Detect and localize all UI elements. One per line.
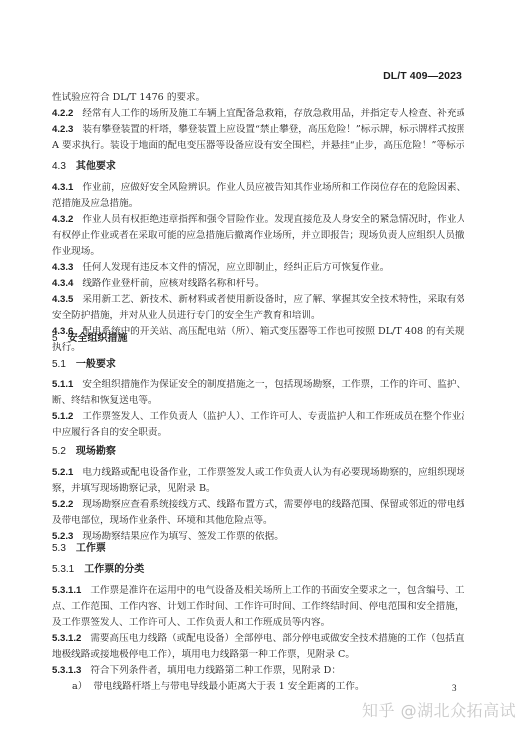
- line-text: 现场勘察应查看系统接线方式、线路布置方式，需要停电的线路范围、保留或邻近的带电线…: [82, 499, 464, 510]
- clause-number: 5.2.3: [52, 531, 73, 542]
- clause-number: 4.3.3: [52, 262, 73, 273]
- line-text: 中应履行各自的安全职责。: [52, 427, 167, 438]
- heading-text: 其他要求: [76, 161, 116, 172]
- heading-text: 安全组织措施: [68, 333, 128, 344]
- line-text: 察，并填写现场勘察记录，见附录 B。: [52, 483, 216, 494]
- clause-number: 5.3.1.1: [52, 585, 81, 596]
- clause-line: 5.2.3现场勘察结果应作为填写、签发工作票的依据。: [52, 531, 464, 543]
- text-line: 安全防护措施，并对从业人员进行专门的安全生产教育和培训。: [52, 310, 464, 322]
- text-line: 断、终结和恢复送电等。: [52, 395, 464, 407]
- line-text: 作业前，应做好安全风险辨识。作业人员应被告知其作业场所和工作岗位存在的危险因素、…: [82, 182, 464, 193]
- heading-number: 5.3.1: [52, 564, 74, 575]
- clause-line: 4.3.4线路作业登杆前，应核对线路名称和杆号。: [52, 278, 464, 290]
- line-text: 作业现场。: [52, 246, 100, 257]
- line-text: 地极线路或接地极停电工作），填用电力线路第一种工作票，见附录 C。: [52, 649, 355, 660]
- line-text: 及工作票签发人、工作许可人、工作负责人和工作班成员等内容。: [52, 617, 330, 628]
- text-line: 中应履行各自的安全职责。: [52, 427, 464, 439]
- heading-text: 现场勘察: [76, 446, 116, 457]
- line-text: 需要高压电力线路（或配电设备）全部停电、部分停电或做安全技术措施的工作（包括直流…: [90, 633, 464, 644]
- line-text: 符合下列条件者，填用电力线路第二种工作票，见附录 D：: [90, 665, 341, 676]
- clause-number: 4.2.3: [52, 124, 73, 135]
- document-page: DL/T 409—2023 性试验应符合 DL/T 1476 的要求。4.2.2…: [0, 0, 517, 732]
- clause-number: 4.2.2: [52, 108, 73, 119]
- line-text: A 要求执行。装设于地面的配电变压器等设备应设有安全围栏，并悬挂“止步，高压危险…: [52, 140, 464, 151]
- clause-number: 4.3.2: [52, 214, 73, 225]
- heading-text: 一般要求: [76, 359, 116, 370]
- line-text: 安全防护措施，并对从业人员进行专门的安全生产教育和培训。: [52, 310, 321, 321]
- page-number: 3: [452, 683, 457, 693]
- clause-line: 5.2.2现场勘察应查看系统接线方式、线路布置方式，需要停电的线路范围、保留或邻…: [52, 499, 464, 511]
- section-heading: 5.2现场勘察: [52, 446, 116, 458]
- text-line: 及工作票签发人、工作许可人、工作负责人和工作班成员等内容。: [52, 617, 464, 629]
- line-text: 采用新工艺、新技术、新材料或者使用新设备时，应了解、掌握其安全技术特性，采取有效…: [82, 294, 464, 305]
- clause-line: 4.3.3任何人发现有违反本文件的情况，应立即制止，经纠正后方可恢复作业。: [52, 262, 464, 274]
- text-line: 有权停止作业或者在采取可能的应急措施后撤离作业场所，并立即报告；现场负责人应组织…: [52, 230, 464, 242]
- text-line: 及带电部位，现场作业条件、环境和其他危险点等。: [52, 515, 464, 527]
- list-item-text: 带电线路杆塔上与带电导线最小距离大于表 1 安全距离的工作。: [93, 681, 364, 692]
- section-heading: 5.3.1工作票的分类: [52, 564, 144, 576]
- heading-number: 5.3: [52, 543, 66, 554]
- section-heading: 5安全组织措施: [52, 333, 128, 345]
- text-line: 作业现场。: [52, 246, 464, 258]
- clause-line: 4.2.3装有攀登装置的杆塔，攀登装置上应设置“禁止攀登，高压危险！”标示牌，标…: [52, 124, 464, 136]
- line-text: 配电系统中的开关站、高压配电站（所）、箱式变压器等工作也可按照 DL/T 408…: [82, 326, 464, 337]
- section-heading: 5.3工作票: [52, 543, 106, 555]
- watermark: 知乎 @湖北众拓高试: [362, 698, 516, 721]
- clause-line: 4.2.2经常有人工作的场所及施工车辆上宜配备急救箱，存放急救用品，并指定专人检…: [52, 108, 464, 120]
- clause-number: 5.1.1: [52, 379, 73, 390]
- clause-line: 5.1.1安全组织措施作为保证安全的制度措施之一，包括现场勘察，工作票，工作的许…: [52, 379, 464, 391]
- section-heading: 5.1一般要求: [52, 359, 116, 371]
- list-marker: a）: [72, 681, 87, 692]
- line-text: 经常有人工作的场所及施工车辆上宜配备急救箱，存放急救用品，并指定专人检查、补充或…: [82, 108, 464, 119]
- clause-number: 5.1.2: [52, 411, 73, 422]
- clause-line: 5.3.1.3符合下列条件者，填用电力线路第二种工作票，见附录 D：: [52, 665, 464, 677]
- standard-code-header: DL/T 409—2023: [383, 70, 462, 82]
- line-text: 作业人员有权拒绝违章指挥和强令冒险作业。发现直接危及人身安全的紧急情况时，作业人…: [82, 214, 464, 225]
- line-text: 电力线路或配电设备作业，工作票签发人或工作负责人认为有必要现场勘察的，应组织现场…: [82, 467, 464, 478]
- heading-number: 5.2: [52, 446, 66, 457]
- line-text: 性试验应符合 DL/T 1476 的要求。: [52, 92, 205, 103]
- clause-line: 4.3.1作业前，应做好安全风险辨识。作业人员应被告知其作业场所和工作岗位存在的…: [52, 182, 464, 194]
- line-text: 安全组织措施作为保证安全的制度措施之一，包括现场勘察，工作票，工作的许可、监护、…: [82, 379, 464, 390]
- heading-text: 工作票: [76, 543, 106, 554]
- line-text: 有权停止作业或者在采取可能的应急措施后撤离作业场所，并立即报告；现场负责人应组织…: [52, 230, 464, 241]
- clause-line: 5.3.1.2需要高压电力线路（或配电设备）全部停电、部分停电或做安全技术措施的…: [52, 633, 464, 645]
- line-text: 线路作业登杆前，应核对线路名称和杆号。: [82, 278, 264, 289]
- clause-line: 5.1.2工作票签发人、工作负责人（监护人）、工作许可人、专责监护人和工作班成员…: [52, 411, 464, 423]
- line-text: 点、工作范围、工作内容、计划工作时间、工作许可时间、工作终结时间、停电范围和安全…: [52, 601, 464, 612]
- heading-text: 工作票的分类: [84, 564, 144, 575]
- clause-number: 5.2.1: [52, 467, 73, 478]
- heading-number: 4.3: [52, 161, 66, 172]
- line-text: 任何人发现有违反本文件的情况，应立即制止，经纠正后方可恢复作业。: [82, 262, 389, 273]
- clause-line: 5.2.1电力线路或配电设备作业，工作票签发人或工作负责人认为有必要现场勘察的，…: [52, 467, 464, 479]
- heading-number: 5.1: [52, 359, 66, 370]
- text-line: A 要求执行。装设于地面的配电变压器等设备应设有安全围栏，并悬挂“止步，高压危险…: [52, 140, 464, 152]
- line-text: 工作票签发人、工作负责人（监护人）、工作许可人、专责监护人和工作班成员在整个作业…: [82, 411, 464, 422]
- line-text: 范措施及应急措施。: [52, 198, 138, 209]
- line-text: 工作票是准许在运用中的电气设备及相关场所上工作的书面安全要求之一，包含编号、工作…: [90, 585, 464, 596]
- clause-number: 4.3.1: [52, 182, 73, 193]
- clause-number: 5.2.2: [52, 499, 73, 510]
- clause-line: 4.3.2作业人员有权拒绝违章指挥和强令冒险作业。发现直接危及人身安全的紧急情况…: [52, 214, 464, 226]
- text-line: 点、工作范围、工作内容、计划工作时间、工作许可时间、工作终结时间、停电范围和安全…: [52, 601, 464, 613]
- heading-number: 5: [52, 333, 58, 344]
- clause-line: 5.3.1.1工作票是准许在运用中的电气设备及相关场所上工作的书面安全要求之一，…: [52, 585, 464, 597]
- line-text: 装有攀登装置的杆塔，攀登装置上应设置“禁止攀登，高压危险！”标示牌，标示牌样式按…: [82, 124, 464, 135]
- line-text: 现场勘察结果应作为填写、签发工作票的依据。: [82, 531, 283, 542]
- text-line: 察，并填写现场勘察记录，见附录 B。: [52, 483, 464, 495]
- clause-number: 5.3.1.3: [52, 665, 81, 676]
- line-text: 断、终结和恢复送电等。: [52, 395, 158, 406]
- clause-line: 4.3.5采用新工艺、新技术、新材料或者使用新设备时，应了解、掌握其安全技术特性…: [52, 294, 464, 306]
- clause-number: 5.3.1.2: [52, 633, 81, 644]
- text-line: 性试验应符合 DL/T 1476 的要求。: [52, 92, 464, 104]
- text-line: 范措施及应急措施。: [52, 198, 464, 210]
- clause-number: 4.3.4: [52, 278, 73, 289]
- list-item-a: a）带电线路杆塔上与带电导线最小距离大于表 1 安全距离的工作。: [72, 681, 464, 693]
- text-line: 地极线路或接地极停电工作），填用电力线路第一种工作票，见附录 C。: [52, 649, 464, 661]
- clause-number: 4.3.5: [52, 294, 73, 305]
- line-text: 及带电部位，现场作业条件、环境和其他危险点等。: [52, 515, 273, 526]
- section-heading: 4.3其他要求: [52, 161, 116, 173]
